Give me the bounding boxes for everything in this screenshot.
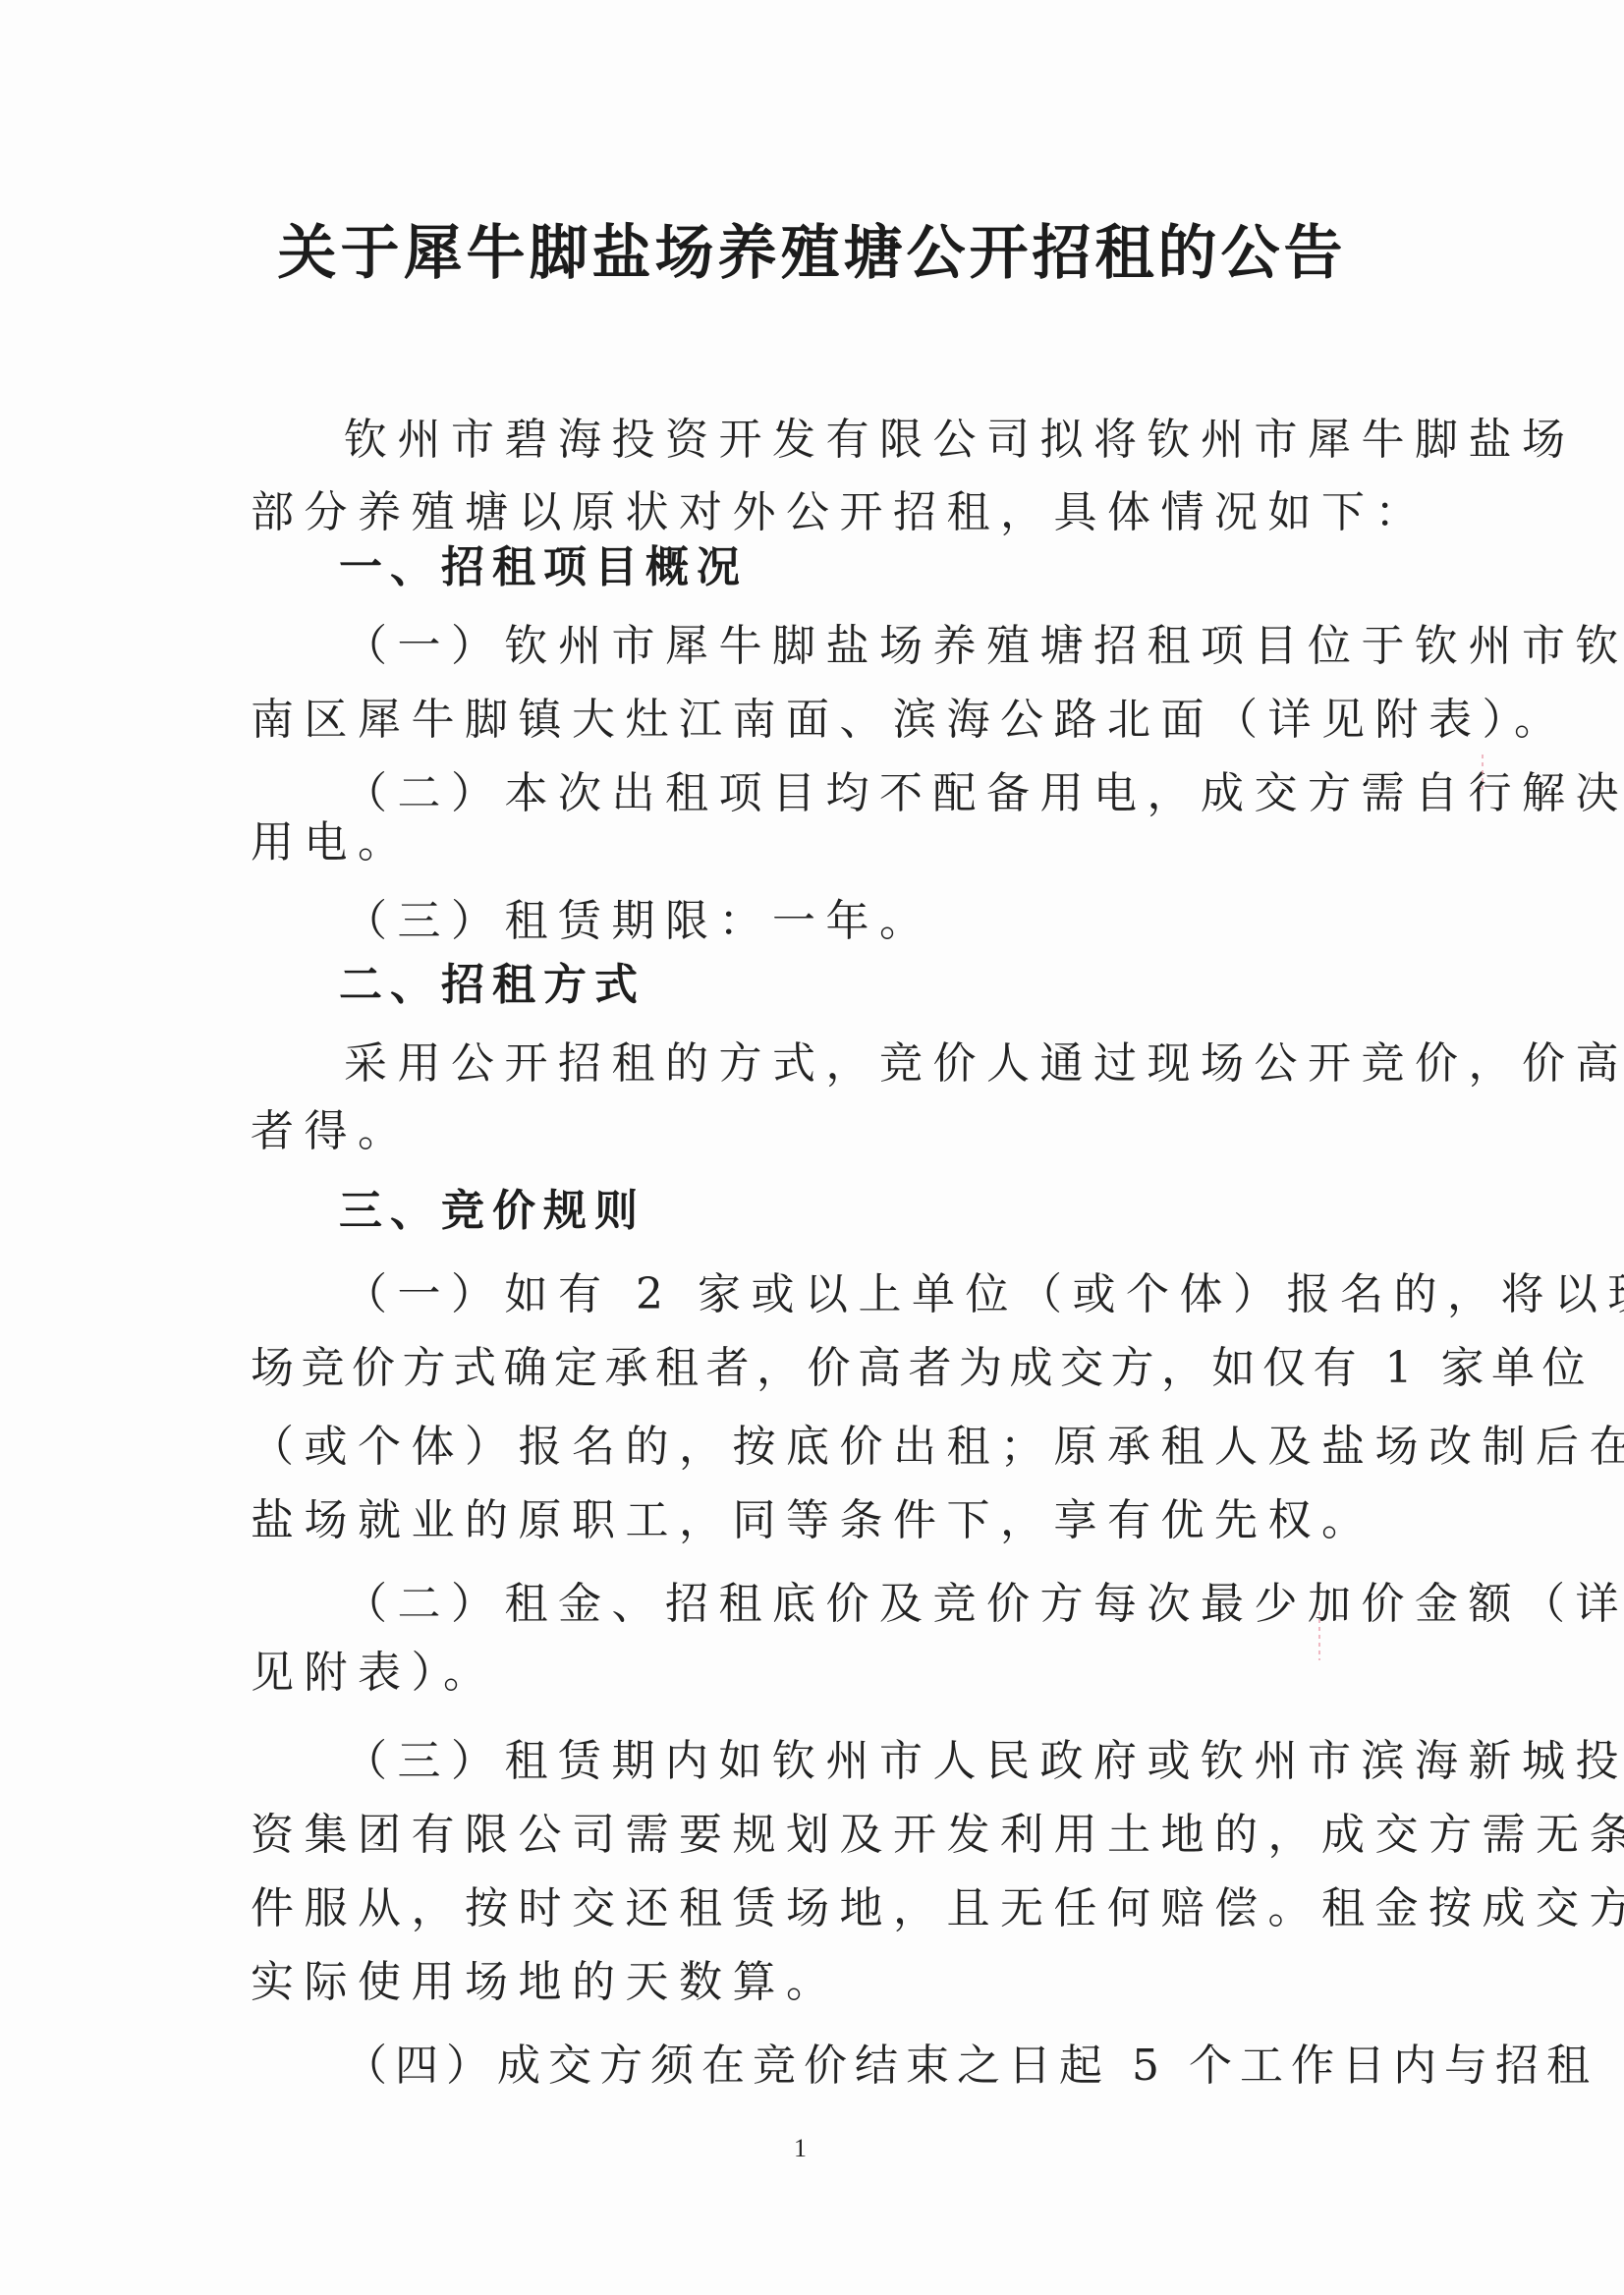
scan-mark bbox=[1482, 755, 1484, 794]
body-line: 见附表）。 bbox=[251, 1644, 497, 1703]
body-line: （一）如有 2 家或以上单位（或个体）报名的，将以现 bbox=[344, 1265, 1624, 1324]
section-heading-2: 二、招租方式 bbox=[339, 956, 645, 1015]
body-line: （三）租赁期限：一年。 bbox=[344, 892, 933, 951]
body-line: 采用公开招租的方式，竞价人通过现场公开竞价，价高 bbox=[344, 1035, 1624, 1093]
body-line: （三）租赁期内如钦州市人民政府或钦州市滨海新城投 bbox=[344, 1732, 1624, 1791]
body-line: （四）成交方须在竞价结束之日起 5 个工作日内与招租 bbox=[344, 2037, 1597, 2096]
document-page: 关于犀牛脚盐场养殖塘公开招租的公告 钦州市碧海投资开发有限公司拟将钦州市犀牛脚盐… bbox=[0, 0, 1624, 2295]
intro-line-2: 部分养殖塘以原状对外公开招租，具体情况如下： bbox=[251, 483, 1428, 542]
body-line: （二）本次出租项目均不配备用电，成交方需自行解决 bbox=[344, 764, 1624, 823]
body-line: 场竞价方式确定承租者，价高者为成交方，如仅有 1 家单位 bbox=[251, 1339, 1593, 1398]
body-line: 南区犀牛脚镇大灶江南面、滨海公路北面（详见附表）。 bbox=[251, 691, 1568, 750]
scan-mark bbox=[1318, 1611, 1320, 1660]
body-line: 资集团有限公司需要规划及开发利用土地的，成交方需无条 bbox=[251, 1806, 1624, 1865]
body-line: 实际使用场地的天数算。 bbox=[251, 1953, 840, 2012]
section-heading-1: 一、招租项目概况 bbox=[339, 538, 748, 597]
body-line: 盐场就业的原职工，同等条件下，享有优先权。 bbox=[251, 1491, 1375, 1550]
body-line: 件服从，按时交还租赁场地，且无任何赔偿。租金按成交方 bbox=[251, 1879, 1624, 1938]
body-line: 用电。 bbox=[251, 813, 412, 872]
page-number: 1 bbox=[794, 2134, 807, 2163]
body-line: （或个体）报名的，按底价出租；原承租人及盐场改制后在 bbox=[251, 1418, 1624, 1477]
document-title: 关于犀牛脚盐场养殖塘公开招租的公告 bbox=[0, 214, 1624, 293]
body-line: 者得。 bbox=[251, 1102, 412, 1161]
intro-line-1: 钦州市碧海投资开发有限公司拟将钦州市犀牛脚盐场 bbox=[344, 411, 1576, 470]
body-line: （一）钦州市犀牛脚盐场养殖塘招租项目位于钦州市钦 bbox=[344, 617, 1624, 676]
body-line: （二）租金、招租底价及竞价方每次最少加价金额（详 bbox=[344, 1575, 1624, 1634]
section-heading-3: 三、竞价规则 bbox=[339, 1182, 645, 1241]
